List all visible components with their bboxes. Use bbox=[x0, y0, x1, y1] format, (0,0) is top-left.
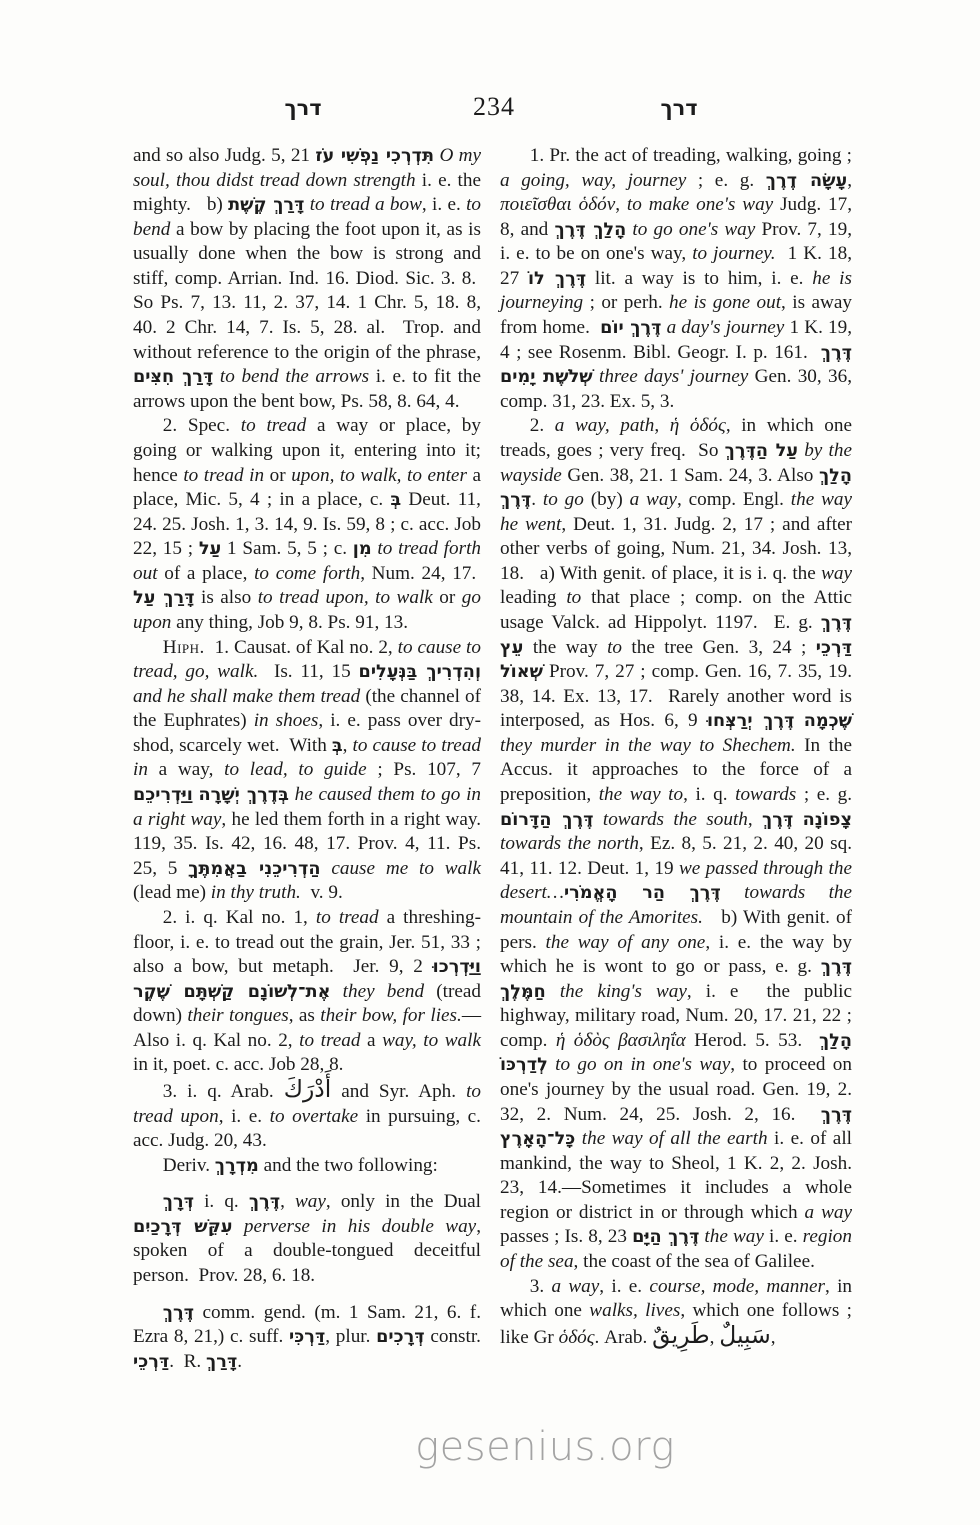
hebrew-text: מִן bbox=[353, 539, 372, 559]
paragraph: Deriv. מִדְרָךְ and the two following: bbox=[133, 1154, 481, 1179]
text-run: to tread bbox=[299, 1030, 360, 1051]
text-run: and the two following: bbox=[259, 1155, 438, 1176]
text-run: . Arab. bbox=[595, 1327, 653, 1348]
text-run: the tree Gen. 3, 24 ; bbox=[622, 637, 816, 658]
text-run: , bbox=[343, 735, 353, 756]
hebrew-text: בְּדֶרֶךְ יְשָׁרָה bbox=[199, 785, 289, 805]
paragraph: 3. i. q. Arab. أَدْرَكَ and Syr. Aph. to… bbox=[133, 1078, 481, 1154]
text-run: the king's way bbox=[546, 981, 687, 1002]
text-run: the way of any one bbox=[546, 932, 706, 953]
text-run: Herod. 5. 53. bbox=[686, 1030, 819, 1051]
paragraph: 2. i. q. Kal no. 1, to tread a threshing… bbox=[133, 906, 481, 1078]
text-run: the way to bbox=[599, 784, 683, 805]
hebrew-text: בְּ bbox=[390, 490, 401, 510]
hebrew-text: דָּרַךְ bbox=[206, 1352, 237, 1372]
text-run: in it, poet. c. acc. Job 28, 8. bbox=[133, 1054, 343, 1075]
text-run: he is gone out bbox=[669, 292, 781, 313]
text-run: ; Ps. 107, 7 bbox=[367, 759, 481, 780]
hebrew-text: דַּרְכֵי bbox=[133, 1352, 169, 1372]
hebrew-text: דַּרְכִּי bbox=[289, 1327, 325, 1347]
text-run: they bend bbox=[330, 981, 424, 1002]
text-run: i. q. bbox=[194, 1191, 249, 1212]
header-keyword-left: דרך bbox=[284, 96, 321, 120]
hebrew-text: הַדְרִיכֵנִי בַאֲמִתֶּךָ bbox=[188, 859, 320, 879]
page-number: 234 bbox=[473, 92, 515, 122]
text-run: , i. q. bbox=[683, 784, 735, 805]
text-run bbox=[794, 710, 803, 731]
text-run: v. 9. bbox=[301, 882, 343, 903]
page-header: דרך 234 דרך bbox=[0, 92, 980, 144]
text-run: , Num. 24, 17. bbox=[360, 563, 481, 584]
paragraph: דֶּרֶךְ comm. gend. (m. 1 Sam. 21, 6. f.… bbox=[133, 1301, 481, 1375]
text-run: to lead, to guide bbox=[224, 759, 366, 780]
text-run: the way bbox=[523, 637, 607, 658]
paragraph: 2. Spec. to tread a way or place, by goi… bbox=[133, 414, 481, 635]
arabic-text: سَبِيلٌ bbox=[719, 1321, 770, 1349]
text-run: a way bbox=[805, 1202, 852, 1223]
text-run: Gen. 38, 21. 1 Sam. 24, 3. Also bbox=[562, 465, 819, 486]
text-run: a bow by placing the foot upon it, as is… bbox=[133, 219, 481, 363]
text-run: , plur. bbox=[325, 1326, 376, 1347]
text-run: , i. e. bbox=[219, 1106, 270, 1127]
text-run: a way, path bbox=[555, 415, 655, 436]
text-run: , i. e. bbox=[422, 194, 466, 215]
text-run: to tread bbox=[241, 415, 306, 436]
paragraph: 3. a way, i. e. course, mode, manner, in… bbox=[500, 1275, 852, 1351]
text-run: , bbox=[710, 1327, 720, 1348]
text-run: their tongues bbox=[187, 1005, 288, 1026]
text-run: to tread a bow bbox=[304, 194, 422, 215]
greek-text: ποιεῖσθαι ὁδόν bbox=[500, 194, 615, 215]
text-run: to tread bbox=[316, 907, 379, 928]
text-run: of a place, bbox=[158, 563, 255, 584]
text-run: to tread in bbox=[183, 465, 264, 486]
hebrew-text: בְּ bbox=[332, 736, 343, 756]
header-keyword-right: דרך bbox=[660, 96, 697, 120]
greek-text: ἡ ὁδός bbox=[670, 415, 726, 436]
text-run: their bow, for lies. bbox=[320, 1005, 462, 1026]
hebrew-text: עַל הַדֶּרֶךְ bbox=[725, 441, 798, 461]
text-run: leading bbox=[500, 587, 566, 608]
hebrew-text: וַיַּדְרִיכֵם bbox=[133, 785, 193, 805]
hebrew-text: דֶּרֶךְ לוֹ bbox=[528, 269, 586, 289]
text-run: i. e. bbox=[764, 1226, 803, 1247]
text-run: towards bbox=[735, 784, 796, 805]
text-run: , bbox=[654, 415, 669, 436]
text-run: way bbox=[821, 563, 852, 584]
greek-text: ὁδός bbox=[559, 1327, 595, 1348]
text-run: is also bbox=[194, 587, 257, 608]
watermark: gesenius.org bbox=[415, 1424, 675, 1470]
text-run: , bbox=[748, 809, 762, 830]
text-run: constr. bbox=[425, 1326, 481, 1347]
text-run: towards the north bbox=[500, 833, 639, 854]
hebrew-text: הָלַךְ דֶּרֶךְ bbox=[554, 220, 626, 240]
text-run: , as bbox=[289, 1005, 321, 1026]
text-run: way, to walk bbox=[382, 1030, 481, 1051]
text-run: the way bbox=[699, 1226, 764, 1247]
text-run: 2. i. q. Kal no. 1, bbox=[163, 907, 316, 928]
text-run: , the coast of the sea of Galilee. bbox=[574, 1251, 815, 1272]
text-run: perverse in his double way bbox=[232, 1216, 476, 1237]
hebrew-text: דֶּרֶךְ יוֹם bbox=[600, 318, 661, 338]
text-run: to bbox=[607, 637, 622, 658]
text-run: , bbox=[771, 1327, 776, 1348]
text-run: 1. Pr. the act of treading, walking, goi… bbox=[530, 145, 852, 166]
text-run: , bbox=[847, 170, 852, 191]
text-run: walks, lives bbox=[589, 1300, 680, 1321]
text-run: 3. bbox=[530, 1276, 552, 1297]
hebrew-text: שֶׁכְמָה bbox=[804, 711, 852, 731]
text-run: , only in the Dual bbox=[326, 1191, 481, 1212]
text-run: ; e. g. bbox=[686, 170, 766, 191]
text-run: cause me to walk bbox=[321, 858, 481, 879]
hebrew-text: דְּרָךְ bbox=[163, 1192, 194, 1212]
text-run: Hiph. bbox=[163, 637, 205, 658]
text-run: 1 Sam. 5, 5 ; c. bbox=[221, 538, 353, 559]
text-run: lit. a way is to him, i. e. bbox=[586, 268, 812, 289]
hebrew-text: דָּרַךְ חִצִּים bbox=[133, 367, 213, 387]
text-run: and so also Judg. 5, 21 bbox=[133, 145, 315, 166]
hebrew-text: תִּדְרְכִי נַפְשִׁי עֹז bbox=[315, 146, 434, 166]
arabic-text: طَرِيقٌ bbox=[652, 1321, 710, 1349]
dictionary-page: דרך 234 דרך and so also Judg. 5, 21 תִּד… bbox=[0, 0, 980, 1525]
text-run: Is. 11, 15 bbox=[258, 661, 358, 682]
paragraph: 2. a way, path, ἡ ὁδός, in which one tre… bbox=[500, 414, 852, 1274]
text-run: to bend the arrows bbox=[213, 366, 369, 387]
text-run: , i. e. bbox=[599, 1276, 649, 1297]
text-run: a way bbox=[551, 1276, 599, 1297]
text-run: to bbox=[566, 587, 581, 608]
hebrew-text: דֶּרֶךְ bbox=[163, 1303, 194, 1323]
text-run: any thing, Job 9, 8. Ps. 91, 13. bbox=[171, 612, 408, 633]
text-run: to go bbox=[543, 489, 584, 510]
hebrew-text: וְהִדְרִיךְ בַּנְּעָלִים bbox=[359, 662, 481, 682]
text-run: 3. i. q. Arab. bbox=[163, 1081, 284, 1102]
text-run: three days' journey bbox=[593, 366, 749, 387]
text-run: to tread upon, to walk bbox=[258, 587, 433, 608]
text-run: (by) bbox=[584, 489, 630, 510]
text-run: . R. bbox=[169, 1351, 206, 1372]
text-run: 2. Spec. bbox=[163, 415, 241, 436]
paragraph: 1. Pr. the act of treading, walking, goi… bbox=[500, 144, 852, 414]
hebrew-text: דֶּרֶךְ הַר הָאֱמֹרִי bbox=[564, 883, 721, 903]
hebrew-text: דָּרַךְ עַל bbox=[133, 588, 194, 608]
text-run: 2. bbox=[530, 415, 555, 436]
arabic-text: أَدْرَكَ bbox=[284, 1075, 332, 1103]
text-run: to come forth bbox=[254, 563, 360, 584]
hebrew-text: דְּרָכִים bbox=[376, 1327, 425, 1347]
text-run: to go one's way bbox=[626, 219, 755, 240]
text-run: and he shall make them tread bbox=[133, 686, 360, 707]
text-run: to make one's way bbox=[627, 194, 773, 215]
text-run: ; e. g. bbox=[796, 784, 852, 805]
hebrew-text: מִדְרָךְ bbox=[215, 1156, 259, 1176]
text-run: in shoes bbox=[254, 710, 319, 731]
paragraph: דְּרָךְ i. q. דֶּרֶךְ, way, only in the … bbox=[133, 1190, 481, 1288]
text-run: to journey. bbox=[692, 243, 775, 264]
text-run: . bbox=[531, 489, 543, 510]
text-run: , bbox=[615, 194, 627, 215]
text-run: or bbox=[264, 465, 291, 486]
text-run: to overtake bbox=[270, 1106, 359, 1127]
right-column: 1. Pr. the act of treading, walking, goi… bbox=[500, 144, 852, 1374]
hebrew-text: עַל bbox=[199, 539, 221, 559]
text-run: upon, to walk, to enter bbox=[291, 465, 467, 486]
text-run: in thy truth. bbox=[211, 882, 301, 903]
text-run: a going, way, journey bbox=[500, 170, 686, 191]
text-run: and Syr. Aph. bbox=[331, 1081, 466, 1102]
hebrew-text: עָשָׂה דֶרֶךְ bbox=[766, 171, 847, 191]
text-run: a day's journey bbox=[661, 317, 784, 338]
text-run: (lead me) bbox=[133, 882, 211, 903]
text-run: they murder in the way to Shechem. bbox=[500, 735, 796, 756]
text-run: 1. Causat. of Kal no. 2, bbox=[205, 637, 398, 658]
text-run: the way of all the earth bbox=[575, 1128, 767, 1149]
text-run: or bbox=[433, 587, 462, 608]
text-run: Deriv. bbox=[163, 1155, 215, 1176]
text-run: passes ; Is. 8, 23 bbox=[500, 1226, 632, 1247]
hebrew-text: דֶּרֶךְ bbox=[762, 810, 793, 830]
hebrew-text: דֶּרֶךְ יְרַצְּחוּ bbox=[707, 711, 794, 731]
text-run: way bbox=[295, 1191, 326, 1212]
hebrew-text: דָּרַךְ קֶשֶׁת bbox=[228, 195, 304, 215]
hebrew-text: דֶּרֶךְ הַדָּרוֹם bbox=[500, 810, 593, 830]
text-run: to go on in one's way bbox=[548, 1054, 731, 1075]
text-run: towards the south bbox=[593, 809, 747, 830]
text-run: ; or perh. bbox=[583, 292, 669, 313]
hebrew-text: דֶּרֶךְ bbox=[249, 1192, 280, 1212]
text-run: , bbox=[280, 1191, 295, 1212]
text-run: a bbox=[360, 1030, 382, 1051]
hebrew-text: עִקֵּשׁ דְּרָכַיִם bbox=[133, 1217, 232, 1237]
text-columns: and so also Judg. 5, 21 תִּדְרְכִי נַפְש… bbox=[133, 144, 980, 1374]
left-column: and so also Judg. 5, 21 תִּדְרְכִי נַפְש… bbox=[133, 144, 481, 1374]
text-run: course, mode, manner bbox=[649, 1276, 825, 1297]
text-run bbox=[721, 882, 744, 903]
paragraph: and so also Judg. 5, 21 תִּדְרְכִי נַפְש… bbox=[133, 144, 481, 414]
hebrew-text: דֶּרֶךְ הַיָּם bbox=[632, 1227, 699, 1247]
text-run bbox=[793, 809, 802, 830]
text-run: a way bbox=[630, 489, 677, 510]
text-run: a way, bbox=[148, 759, 224, 780]
paragraph: Hiph. 1. Causat. of Kal no. 2, to cause … bbox=[133, 636, 481, 906]
text-run: . bbox=[237, 1351, 242, 1372]
greek-text: ἡ ὁδὸς βασιληΐα bbox=[556, 1030, 686, 1051]
text-run: , comp. Engl. bbox=[677, 489, 791, 510]
hebrew-text: צָפוֹנָה bbox=[803, 810, 852, 830]
